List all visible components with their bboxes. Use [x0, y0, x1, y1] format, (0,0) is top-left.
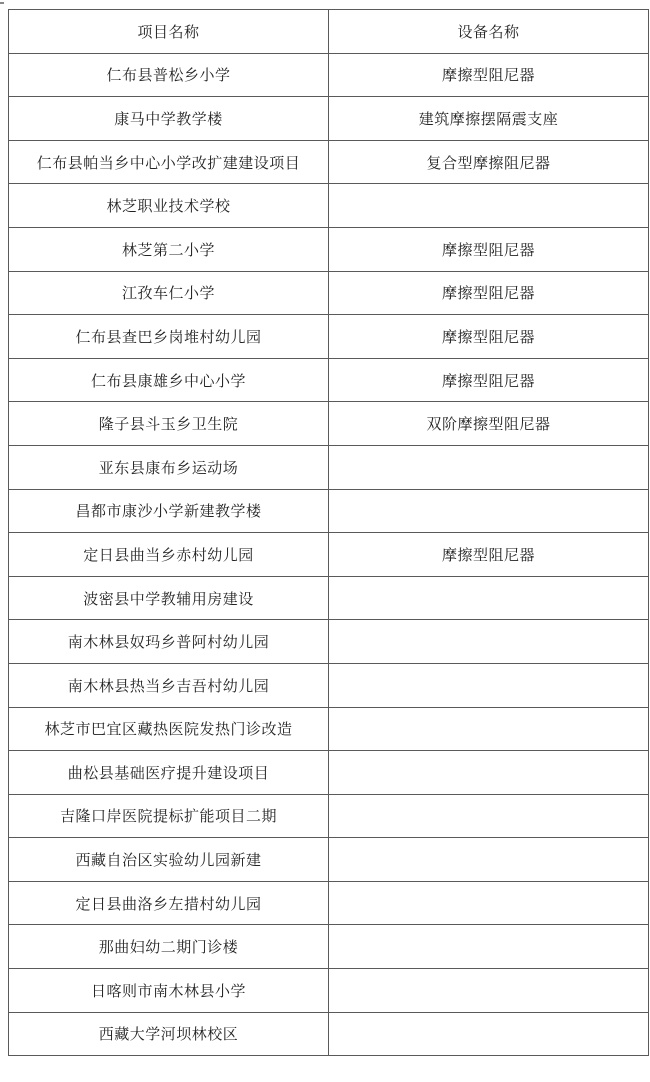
project-name-cell: 南木林县热当乡吉吾村幼儿园	[9, 663, 329, 707]
project-name-cell: 波密县中学教辅用房建设	[9, 576, 329, 620]
table-row: 仁布县帕当乡中心小学改扩建建设项目复合型摩擦阻尼器	[9, 140, 649, 184]
project-name-cell: 定日县曲洛乡左措村幼儿园	[9, 881, 329, 925]
project-name-cell: 南木林县奴玛乡普阿村幼儿园	[9, 620, 329, 664]
table-row: 吉隆口岸医院提标扩能项目二期	[9, 794, 649, 838]
project-name-cell: 曲松县基础医疗提升建设项目	[9, 751, 329, 795]
project-name-cell: 仁布县帕当乡中心小学改扩建建设项目	[9, 140, 329, 184]
device-name-cell	[329, 838, 649, 882]
device-name-cell: 复合型摩擦阻尼器	[329, 140, 649, 184]
device-name-cell	[329, 969, 649, 1013]
table-row: 江孜车仁小学摩擦型阻尼器	[9, 271, 649, 315]
device-name-cell: 摩擦型阻尼器	[329, 53, 649, 97]
table-row: 隆子县斗玉乡卫生院双阶摩擦型阻尼器	[9, 402, 649, 446]
table-row: 仁布县查巴乡岗堆村幼儿园摩擦型阻尼器	[9, 315, 649, 359]
table-row: 定日县曲当乡赤村幼儿园摩擦型阻尼器	[9, 533, 649, 577]
table-row: 亚东县康布乡运动场	[9, 445, 649, 489]
project-name-cell: 昌都市康沙小学新建教学楼	[9, 489, 329, 533]
device-name-cell	[329, 620, 649, 664]
project-name-cell: 亚东县康布乡运动场	[9, 445, 329, 489]
device-name-cell: 摩擦型阻尼器	[329, 358, 649, 402]
table-row: 仁布县康雄乡中心小学摩擦型阻尼器	[9, 358, 649, 402]
device-name-cell: 摩擦型阻尼器	[329, 315, 649, 359]
table-header-row: 项目名称 设备名称	[9, 10, 649, 54]
project-name-cell: 林芝市巴宜区藏热医院发热门诊改造	[9, 707, 329, 751]
table-row: 曲松县基础医疗提升建设项目	[9, 751, 649, 795]
table-row: 林芝第二小学摩擦型阻尼器	[9, 227, 649, 271]
device-name-cell	[329, 184, 649, 228]
table-row: 定日县曲洛乡左措村幼儿园	[9, 881, 649, 925]
device-name-cell	[329, 489, 649, 533]
device-name-cell: 摩擦型阻尼器	[329, 533, 649, 577]
device-name-cell	[329, 1012, 649, 1056]
project-name-cell: 康马中学教学楼	[9, 97, 329, 141]
project-device-table: 项目名称 设备名称 仁布县普松乡小学摩擦型阻尼器康马中学教学楼建筑摩擦摆隔震支座…	[8, 9, 649, 1056]
project-name-cell: 西藏自治区实验幼儿园新建	[9, 838, 329, 882]
project-name-cell: 江孜车仁小学	[9, 271, 329, 315]
table-row: 康马中学教学楼建筑摩擦摆隔震支座	[9, 97, 649, 141]
table-row: 南木林县奴玛乡普阿村幼儿园	[9, 620, 649, 664]
device-name-cell	[329, 925, 649, 969]
table-row: 日喀则市南木林县小学	[9, 969, 649, 1013]
project-name-cell: 林芝职业技术学校	[9, 184, 329, 228]
table-row: 林芝市巴宜区藏热医院发热门诊改造	[9, 707, 649, 751]
project-name-cell: 仁布县查巴乡岗堆村幼儿园	[9, 315, 329, 359]
header-device-name: 设备名称	[329, 10, 649, 54]
device-name-cell	[329, 445, 649, 489]
header-project-name: 项目名称	[9, 10, 329, 54]
project-name-cell: 隆子县斗玉乡卫生院	[9, 402, 329, 446]
table-row: 西藏自治区实验幼儿园新建	[9, 838, 649, 882]
corner-mark	[0, 2, 4, 4]
table-row: 那曲妇幼二期门诊楼	[9, 925, 649, 969]
device-name-cell: 摩擦型阻尼器	[329, 271, 649, 315]
project-name-cell: 仁布县普松乡小学	[9, 53, 329, 97]
project-name-cell: 那曲妇幼二期门诊楼	[9, 925, 329, 969]
device-name-cell: 双阶摩擦型阻尼器	[329, 402, 649, 446]
device-name-cell	[329, 794, 649, 838]
table-row: 昌都市康沙小学新建教学楼	[9, 489, 649, 533]
project-name-cell: 西藏大学河坝林校区	[9, 1012, 329, 1056]
project-name-cell: 林芝第二小学	[9, 227, 329, 271]
device-name-cell	[329, 707, 649, 751]
table-row: 仁布县普松乡小学摩擦型阻尼器	[9, 53, 649, 97]
device-name-cell	[329, 751, 649, 795]
table-row: 南木林县热当乡吉吾村幼儿园	[9, 663, 649, 707]
project-name-cell: 日喀则市南木林县小学	[9, 969, 329, 1013]
project-name-cell: 吉隆口岸医院提标扩能项目二期	[9, 794, 329, 838]
device-name-cell	[329, 663, 649, 707]
table-row: 波密县中学教辅用房建设	[9, 576, 649, 620]
device-name-cell	[329, 576, 649, 620]
device-name-cell: 摩擦型阻尼器	[329, 227, 649, 271]
table-row: 林芝职业技术学校	[9, 184, 649, 228]
device-name-cell	[329, 881, 649, 925]
project-name-cell: 仁布县康雄乡中心小学	[9, 358, 329, 402]
table-row: 西藏大学河坝林校区	[9, 1012, 649, 1056]
project-name-cell: 定日县曲当乡赤村幼儿园	[9, 533, 329, 577]
device-name-cell: 建筑摩擦摆隔震支座	[329, 97, 649, 141]
